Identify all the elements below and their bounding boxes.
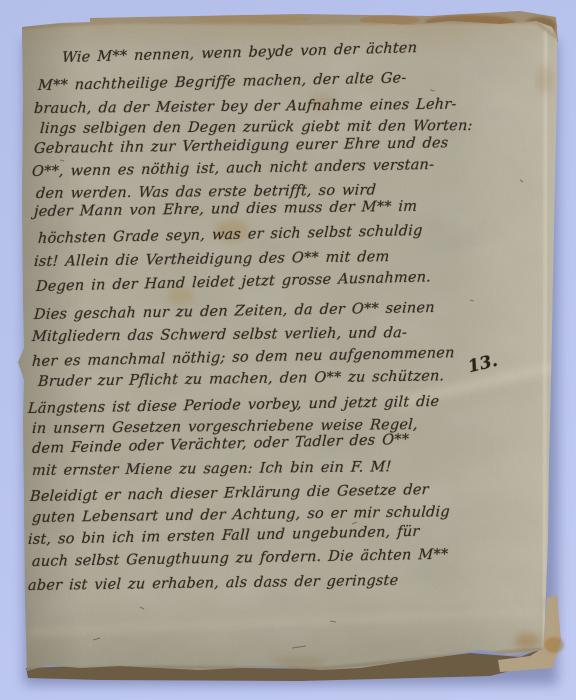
manuscript-line: M** nachtheilige Begriffe machen, der al… [38,68,407,96]
manuscript-line: Wie M** nennen, wenn beyde von der ächte… [62,38,418,68]
manuscript-line: Dies geschah nur zu den Zeiten, da der O… [33,298,435,325]
manuscript-line: brauch, da der Meister bey der Aufnahme … [33,95,457,119]
manuscript-line: ist! Allein die Vertheidigung des O** mi… [33,247,390,272]
manuscript-line: O**, wenn es nöthig ist, auch nicht ande… [31,155,434,182]
manuscript-line: aber ist viel zu erhaben, als dass der g… [27,571,398,596]
page-number-note: 13. [466,351,500,378]
manuscript-line: jeder Mann von Ehre, und dies muss der M… [33,197,417,222]
manuscript-line: Bruder zur Pflicht zu machen, den O** zu… [37,366,444,392]
manuscript-line: mit ernster Miene zu sagen: Ich bin ein … [31,457,392,481]
manuscript-line: auch selbst Genugthuung zu fordern. Die … [31,545,448,572]
handwritten-text: Wie M** nennen, wenn beyde von der ächte… [0,0,576,700]
manuscript-line: Mitgliedern das Schwerd selbst verlieh, … [31,323,407,347]
manuscript-line: höchsten Grade seyn, was er sich selbst … [38,221,424,249]
manuscript-line: Degen in der Hand leidet jetzt grosse Au… [36,267,432,297]
manuscript-photo: Wie M** nennen, wenn beyde von der ächte… [0,0,576,700]
